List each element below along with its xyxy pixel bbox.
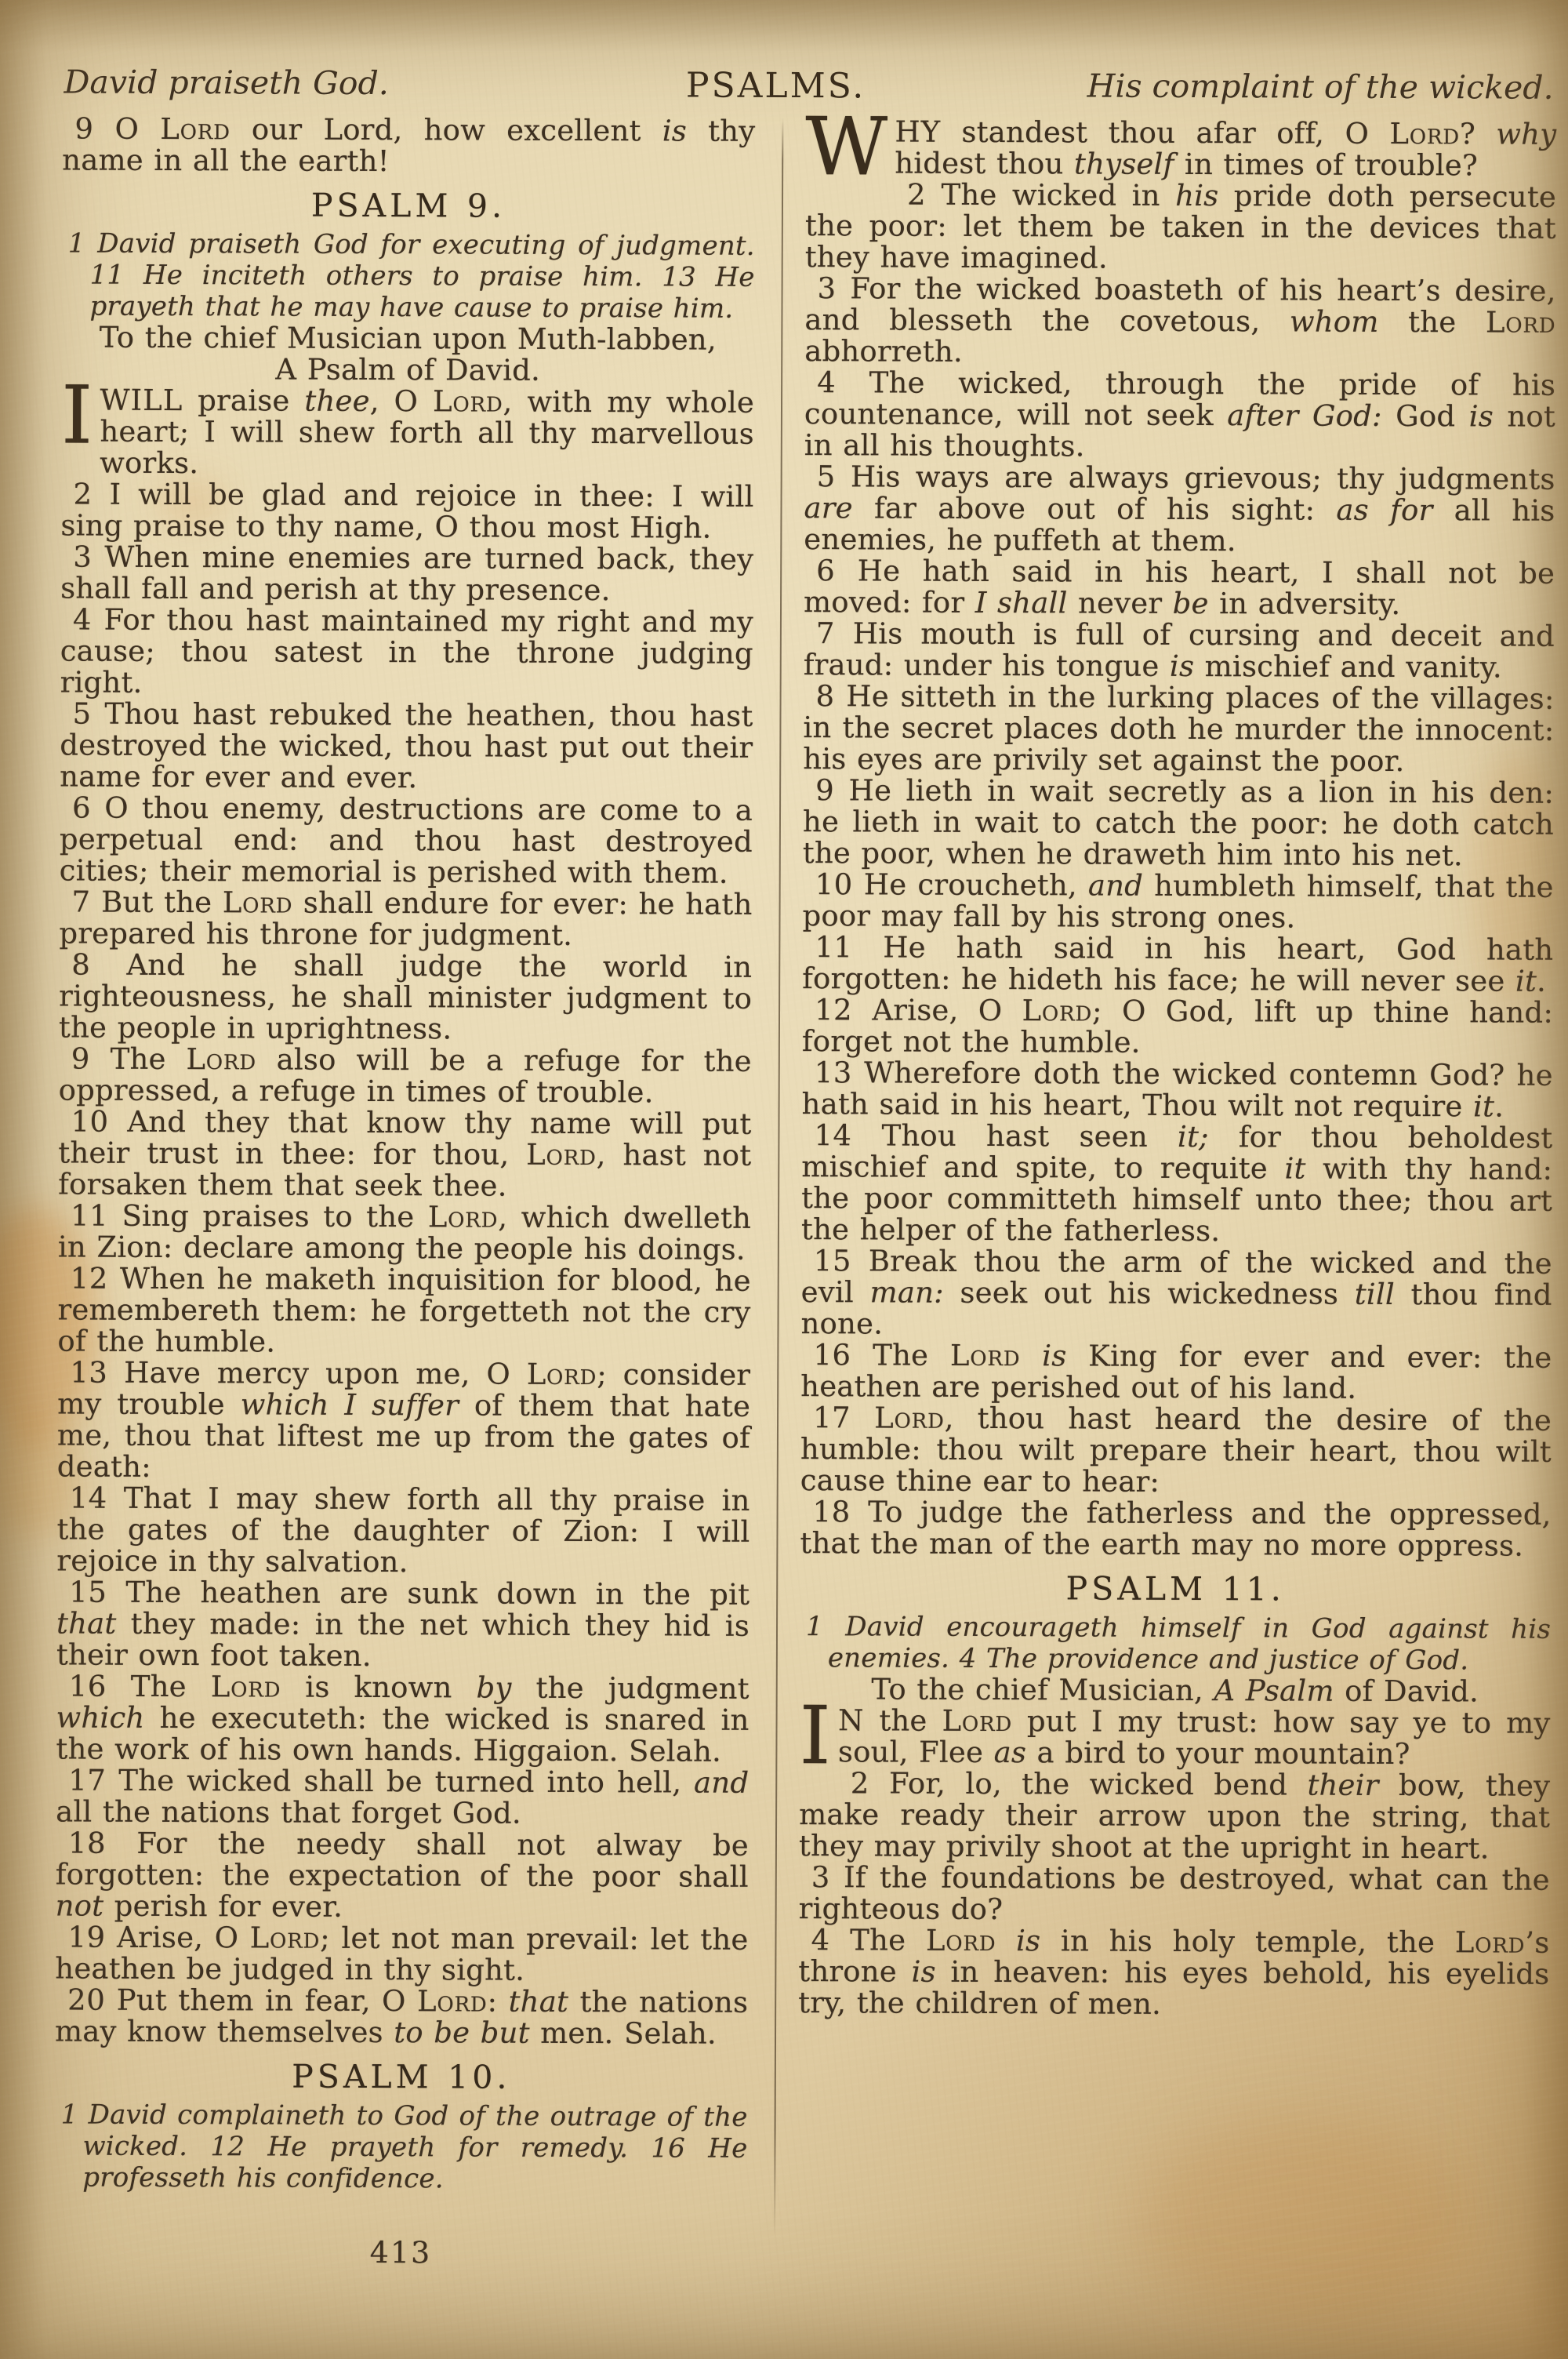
verse-number: 2 [907, 178, 926, 212]
verse: 18 To judge the fatherless and the oppre… [800, 1496, 1551, 1562]
verse: 18 For the needy shall not alway be forg… [56, 1827, 749, 1924]
verse-number: 19 [67, 1921, 105, 1954]
column-left: 9 O Lord our Lord, how excellent is thy … [54, 113, 755, 2195]
verse-number: 20 [67, 1983, 105, 2017]
verse-number: 18 [813, 1495, 851, 1528]
verse: 19 Arise, O Lord; let not man prevail: l… [55, 1921, 748, 1986]
verse: 15 Break thou the arm of the wicked and … [800, 1245, 1552, 1343]
verse: 5 Thou hast rebuked the heathen, thou ha… [60, 698, 753, 794]
verse-number: 9 [74, 112, 93, 146]
page-content: David praiseth God. PSALMS. His complain… [0, 0, 1568, 2359]
verse-number: 2 [73, 478, 92, 511]
verse-number: 15 [814, 1244, 851, 1278]
verse-number: 9 [815, 773, 834, 807]
chapter-summary: 1 David praiseth God for executing of ju… [61, 227, 754, 324]
verse-number: 5 [817, 460, 836, 493]
running-head-right: His complaint of the wicked. [1087, 67, 1554, 106]
verse-number: 8 [71, 948, 90, 982]
verse: 3 If the foundations be destroyed, what … [799, 1862, 1550, 1928]
verse-number: 10 [815, 867, 853, 901]
verse-number: 3 [818, 271, 837, 305]
psalm-heading: PSALM 9. [62, 188, 755, 222]
verse: 2 For, lo, the wicked bend their bow, th… [799, 1768, 1550, 1865]
verse: 14 Thou hast seen it; for thou beholdest… [801, 1120, 1553, 1249]
verse: 20 Put them in fear, O Lord: that the na… [55, 1984, 748, 2049]
verse: 8 And he shall judge the world in righte… [59, 949, 752, 1045]
verse-number: 16 [69, 1670, 107, 1703]
verse: 4 For thou hast maintained my right and … [60, 604, 753, 700]
running-head-title: PSALMS. [501, 65, 1050, 107]
verse: 12 Arise, O Lord; O God, lift up thine h… [802, 994, 1553, 1060]
verse: WHY standest thou afar off, O Lord? why … [805, 116, 1556, 182]
verse: 7 But the Lord shall endure for ever: he… [59, 886, 752, 951]
verse: 16 The Lord is known by the judgment whi… [56, 1670, 749, 1767]
verse: 5 His ways are always grievous; thy judg… [804, 461, 1555, 558]
running-head-left: David praiseth God. [64, 63, 388, 102]
verse: 7 His mouth is full of cursing and decei… [804, 618, 1555, 684]
verse: IWILL praise thee, O Lord, with my whole… [61, 384, 754, 481]
chapter-summary: 1 David encourageth himself in God again… [800, 1611, 1551, 1677]
verse-number: 8 [816, 679, 835, 713]
verse-lead: WILL [100, 383, 183, 417]
verse: 6 He hath said in his heart, I shall not… [804, 555, 1555, 621]
verse: 17 Lord, thou hast heard the desire of t… [800, 1402, 1552, 1499]
verse: 2 I will be glad and rejoice in thee: I … [60, 478, 753, 543]
verse-number: 4 [73, 603, 92, 637]
verse: IN the Lord put I my trust: how say ye t… [799, 1705, 1550, 1771]
verse-number: 4 [811, 1923, 829, 1957]
psalm-inscription: To the chief Musician upon Muth-labben, … [61, 322, 754, 387]
drop-cap-letter: W [805, 118, 887, 180]
verse-number: 2 [851, 1766, 869, 1800]
verse: 13 Wherefore doth the wicked contemn God… [802, 1057, 1553, 1123]
verse-number: 14 [70, 1481, 107, 1515]
verse: 14 That I may shew forth all thy praise … [56, 1482, 750, 1579]
verse: 3 For the wicked boasteth of his heart’s… [804, 273, 1555, 370]
verse-number: 5 [72, 697, 91, 731]
verse-number: 12 [71, 1262, 108, 1296]
drop-cap-letter: I [799, 1707, 831, 1768]
verse: 16 The Lord is King for ever and ever: t… [800, 1339, 1552, 1405]
psalm-heading: PSALM 11. [800, 1572, 1551, 1606]
verse-number: 3 [73, 540, 92, 574]
verse-number: 17 [68, 1764, 106, 1797]
verse-number: 17 [813, 1401, 851, 1434]
psalm-heading: PSALM 10. [55, 2059, 748, 2093]
verse: 10 He croucheth, and humbleth himself, t… [802, 869, 1553, 935]
column-right: WHY standest thou afar off, O Lord? why … [798, 116, 1556, 2022]
verse: 9 He lieth in wait secretly as a lion in… [803, 775, 1554, 872]
verse-number: 12 [815, 993, 852, 1027]
verse-number: 9 [71, 1042, 90, 1076]
verse: 10 And they that know thy name will put … [58, 1106, 751, 1202]
verse-number: 3 [811, 1860, 830, 1894]
verse-number: 14 [814, 1118, 851, 1152]
column-divider-rule [774, 118, 783, 2235]
verse: 15 The heathen are sunk down in the pit … [56, 1576, 750, 1673]
verse-number: 16 [813, 1338, 851, 1372]
verse-number: 13 [815, 1056, 852, 1089]
verse-number: 15 [69, 1576, 107, 1609]
verse-lead: N [838, 1703, 865, 1737]
verse: 9 The Lord also will be a refuge for the… [59, 1043, 752, 1108]
verse-number: 6 [816, 554, 835, 587]
drop-cap-letter: I [61, 387, 93, 448]
verse-number: 11 [71, 1199, 108, 1233]
verse: 11 Sing praises to the Lord, which dwell… [58, 1200, 751, 1265]
verse: 3 When mine enemies are turned back, the… [60, 541, 753, 606]
verse-number: 13 [70, 1356, 107, 1390]
verse-number: 4 [817, 365, 836, 399]
verse: 9 O Lord our Lord, how excellent is thy … [62, 113, 755, 178]
verse-lead: HY [895, 115, 941, 149]
verse: 8 He sitteth in the lurking places of th… [803, 681, 1554, 778]
bible-page-scan: David praiseth God. PSALMS. His complain… [0, 0, 1568, 2359]
verse-number: 7 [71, 885, 90, 919]
verse: 2 The wicked in his pride doth persecute… [805, 179, 1556, 276]
verse-number: 11 [815, 930, 852, 964]
verse-number: 18 [68, 1826, 106, 1860]
verse-number: 10 [71, 1105, 108, 1139]
verse: 4 The Lord is in his holy temple, the Lo… [798, 1925, 1549, 2022]
verse-number: 6 [72, 791, 91, 825]
verse-number: 7 [816, 616, 835, 650]
verse: 11 He hath said in his heart, God hath f… [802, 932, 1553, 998]
page-number: 413 [54, 2234, 747, 2270]
verse: 17 The wicked shall be turned into hell,… [56, 1765, 749, 1830]
verse: 12 When he maketh inquisition for blood,… [57, 1263, 750, 1359]
verse: 6 O thou enemy, destructions are come to… [60, 792, 753, 889]
verse: 4 The wicked, through the pride of his c… [804, 367, 1555, 464]
psalm-inscription: To the chief Musician, A Psalm of David. [800, 1674, 1551, 1708]
chapter-summary: 1 David complaineth to God of the outrag… [54, 2099, 747, 2195]
verse: 13 Have mercy upon me, O Lord; consider … [57, 1357, 751, 1485]
